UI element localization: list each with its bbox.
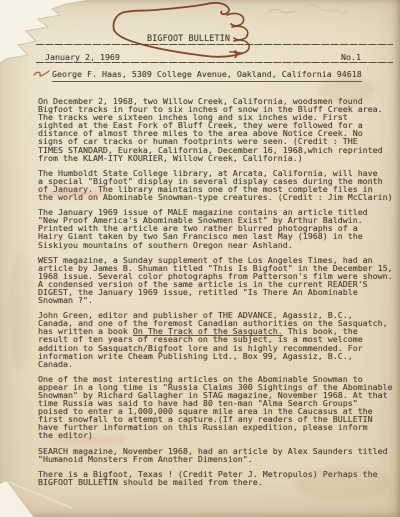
newsletter-body: On December 2, 1968, two Willow Creek, C… — [38, 97, 394, 493]
body-paragraph: John Green, editor and publisher of THE … — [38, 311, 394, 368]
header-rule-bottom — [36, 62, 393, 63]
pen-scribble — [34, 71, 49, 76]
masthead-title: BIGFOOT BULLETIN — [147, 33, 230, 43]
toe-curl — [227, 14, 244, 26]
masthead-date: January 2, 1969 — [45, 52, 120, 62]
toe-curl — [232, 26, 248, 40]
publisher-address: George F. Haas, 5309 College Avenue, Oak… — [52, 69, 362, 82]
toe-curl — [234, 40, 249, 53]
footprint-logo — [113, 3, 249, 58]
header-rule-top — [36, 44, 393, 45]
paper-stain — [10, 250, 30, 370]
issue-number: No.1 — [341, 52, 361, 62]
newsletter-page: BIGFOOT BULLETIN January 2, 1969 No.1 Ge… — [0, 0, 400, 517]
body-paragraph: There is a Bigfoot, Texas ! (Credit Pete… — [38, 470, 394, 486]
pencil-marks — [268, 5, 348, 13]
body-paragraph: The Humboldt State College library, at A… — [38, 169, 394, 201]
toe-curl — [230, 52, 237, 58]
body-paragraph: SEARCH magazine, November 1968, had an a… — [38, 447, 394, 463]
body-paragraph: The January 1969 issue of MALE magazine … — [38, 208, 394, 248]
body-paragraph: WEST magazine, a Sunday supplement of th… — [38, 256, 394, 305]
body-paragraph: One of the most interesting articles on … — [38, 375, 394, 440]
body-paragraph: On December 2, 1968, two Willow Creek, C… — [38, 97, 394, 162]
book-title-underline — [133, 335, 283, 336]
